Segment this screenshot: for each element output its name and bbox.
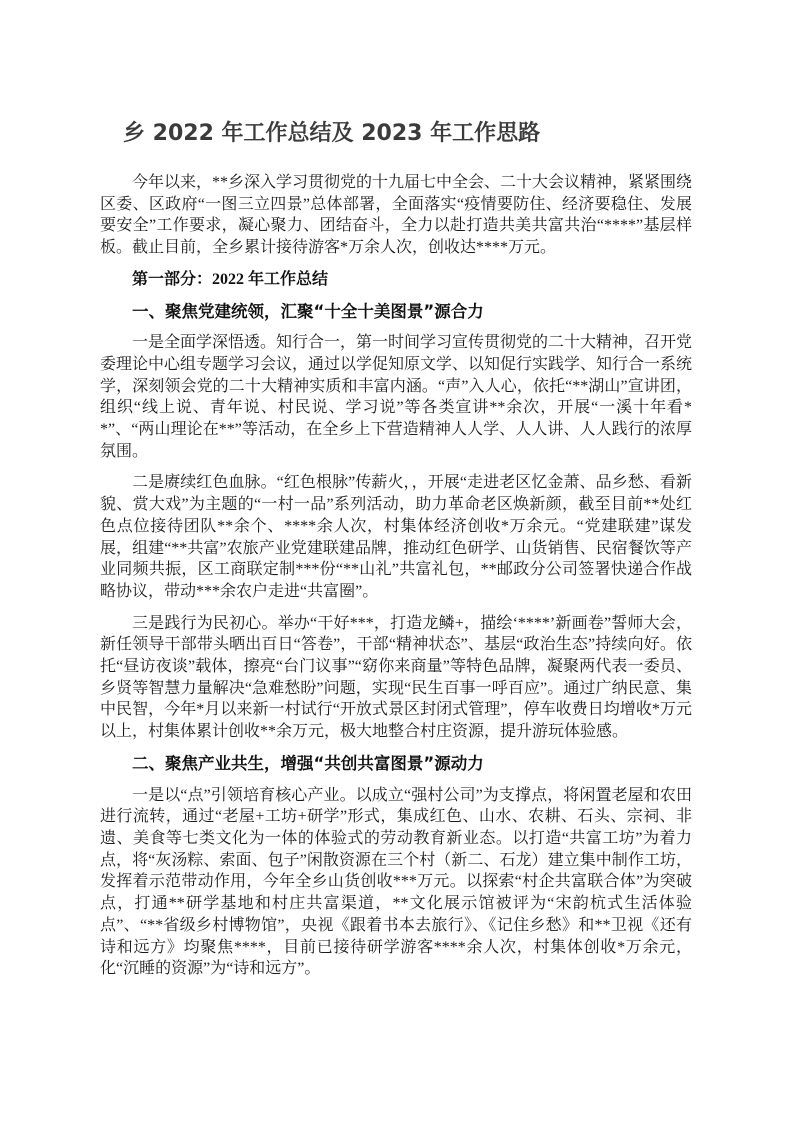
section1-paragraph-2: 二是赓续红色血脉。“红色根脉”传薪火，，开展“走进老区忆金萧、品乡愁、看新貌、赏… (100, 472, 692, 602)
document-body: 今年以来，**乡深入学习贯彻党的十九届七中全会、二十大会议精神，紧紧围绕区委、区… (100, 172, 692, 980)
part1-heading: 第一部分：2022 年工作总结 (100, 269, 692, 291)
section2-heading: 二、聚焦产业共生，增强“共创共富图景”源动力 (100, 753, 692, 775)
section1-heading: 一、聚焦党建统领，汇聚“十全十美图景”源合力 (100, 301, 692, 323)
document-title: 乡 2022 年工作总结及 2023 年工作思路 (100, 119, 692, 149)
section1-paragraph-3: 三是践行为民初心。举办“干好***，打造龙鳞+，描绘‘****’新画卷”誓师大会… (100, 613, 692, 743)
section2-paragraph-1: 一是以“点”引领培育核心产业。以成立“强村公司”为支撑点，将闲置老屋和农田进行流… (100, 785, 692, 980)
document-page: 乡 2022 年工作总结及 2023 年工作思路 今年以来，**乡深入学习贯彻党… (0, 0, 793, 1122)
intro-paragraph: 今年以来，**乡深入学习贯彻党的十九届七中全会、二十大会议精神，紧紧围绕区委、区… (100, 172, 692, 259)
section1-paragraph-1: 一是全面学深悟透。知行合一，第一时间学习宣传贯彻党的二十大精神，召开党委理论中心… (100, 332, 692, 462)
